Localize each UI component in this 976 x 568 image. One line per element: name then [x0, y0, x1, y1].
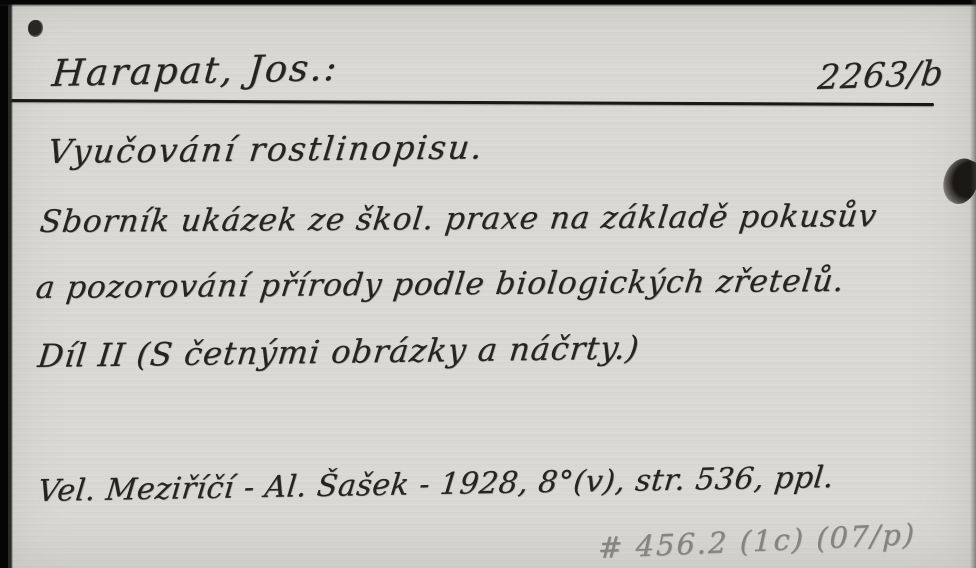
subtitle-line-1: Sborník ukázek ze škol. praxe na základě… [38, 198, 879, 240]
header-rule-line [0, 99, 934, 106]
author-heading: Harapat, Jos.: [50, 46, 340, 95]
volume-line: Díl II (S četnými obrázky a náčrty.) [36, 329, 642, 375]
pencil-classification-mark: # 456.2 (1c) (07/p) [598, 517, 917, 565]
title-line: Vyučování rostlinopisu. [46, 127, 486, 171]
call-number: 2263/b [816, 54, 946, 99]
scan-edge-left [0, 0, 13, 568]
subtitle-line-2: a pozorování přírody podle biologických … [34, 263, 847, 306]
scan-edge-top [0, 0, 976, 7]
imprint-line: Vel. Meziříčí - Al. Šašek - 1928, 8°(v),… [36, 460, 836, 509]
scan-edge-right [970, 0, 976, 568]
ink-dot-mark [28, 20, 43, 37]
catalog-card: Harapat, Jos.: 2263/b Vyučování rostlino… [0, 0, 976, 568]
